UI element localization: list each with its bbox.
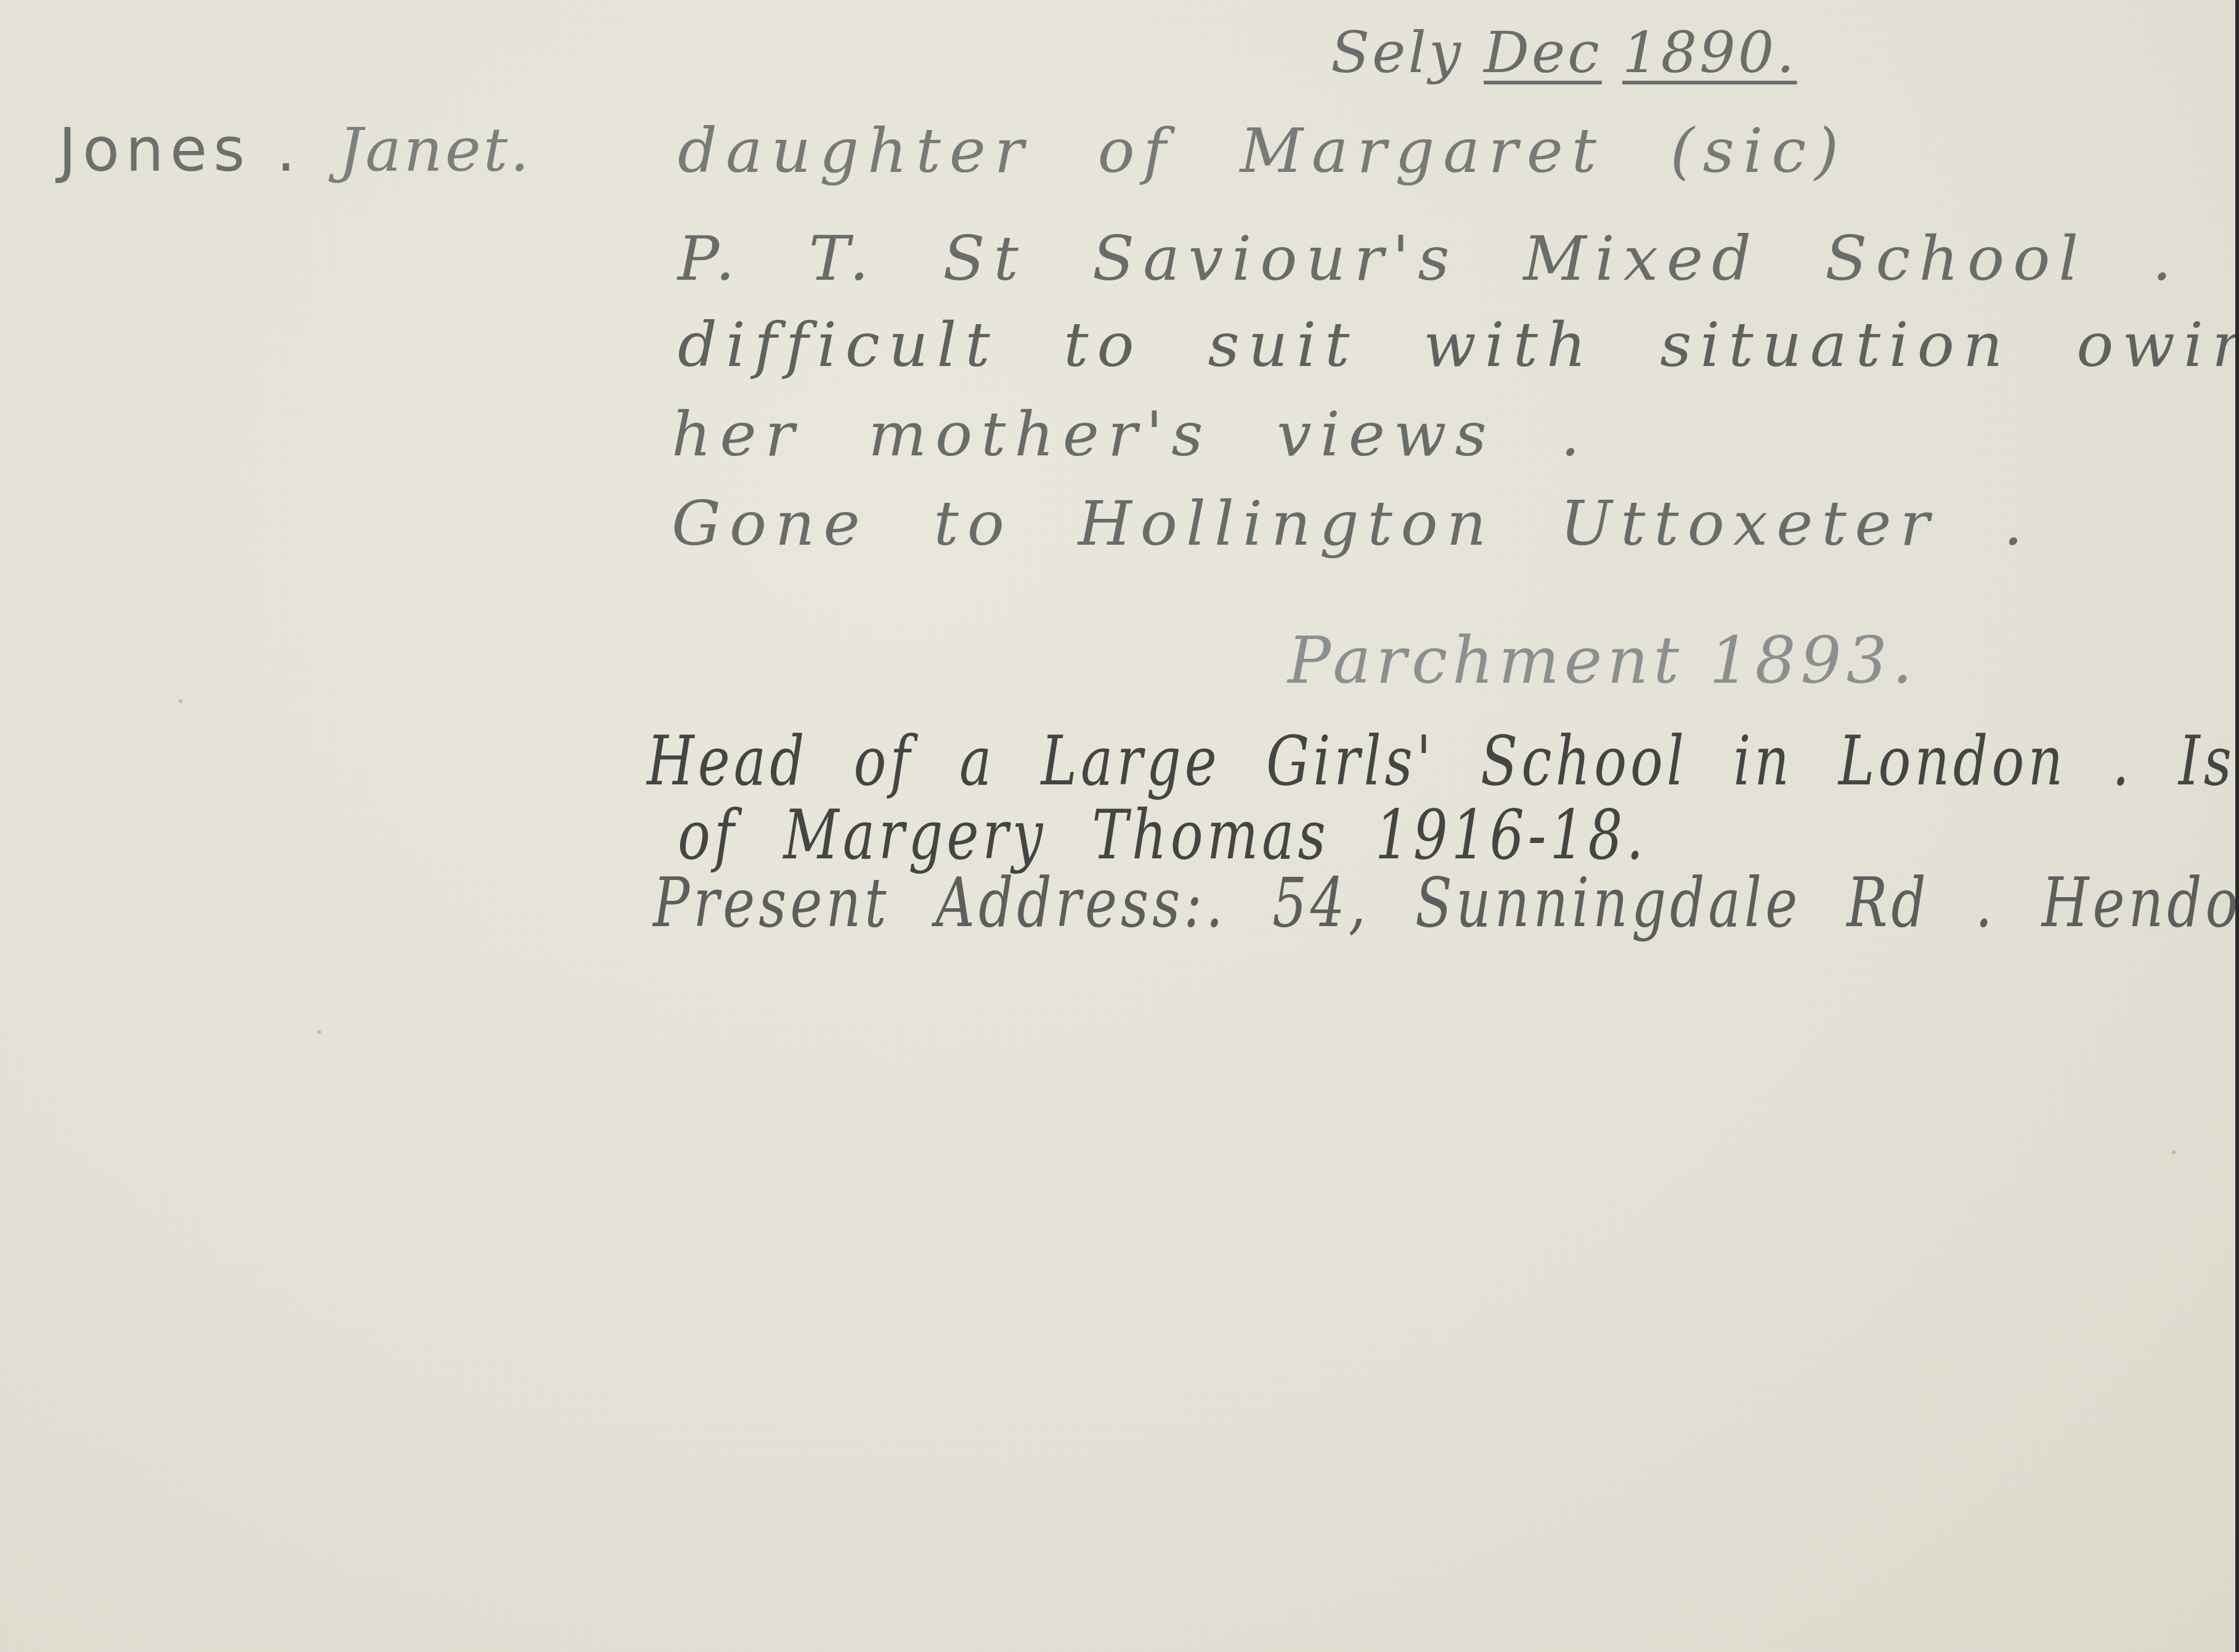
date-month: Dec (1484, 20, 1602, 86)
entry-line-situation: difficult to suit with situation owing t… (678, 314, 2239, 376)
paper-speck (2172, 1150, 2176, 1154)
later-note-friend: of Margery Thomas 1916-18. (678, 801, 1647, 869)
date-year: 1890. (1622, 20, 1797, 86)
entry-line-parentage: daughter of Margaret (sic) (678, 120, 1847, 182)
entry-line-mother-views: her mother's views . (672, 404, 1589, 465)
card-right-edge (2235, 0, 2239, 1652)
archive-record-card: Sely Dec 1890. Jones .Janet. daughter of… (0, 0, 2239, 1652)
entry-line-school: P. T. St Saviour's Mixed School . Leeds. (678, 228, 2239, 290)
surname: Jones . (59, 115, 302, 185)
parchment-note: Parchment 1893. (1288, 629, 1917, 693)
paper-speck (317, 1030, 321, 1034)
header-date: Sely Dec 1890. (1331, 25, 1797, 81)
record-name: Jones .Janet. (59, 120, 532, 181)
later-note-address: Present Address:. 54, Sunningdale Rd . H… (653, 869, 2239, 937)
later-note-position: Head of a Large Girls' School in London … (647, 727, 2239, 795)
entry-line-destination: Gone to Hollington Uttoxeter . (672, 493, 2031, 555)
paper-speck (179, 699, 182, 703)
date-prefix: Sely (1331, 20, 1463, 86)
given-name: Janet. (339, 115, 532, 185)
